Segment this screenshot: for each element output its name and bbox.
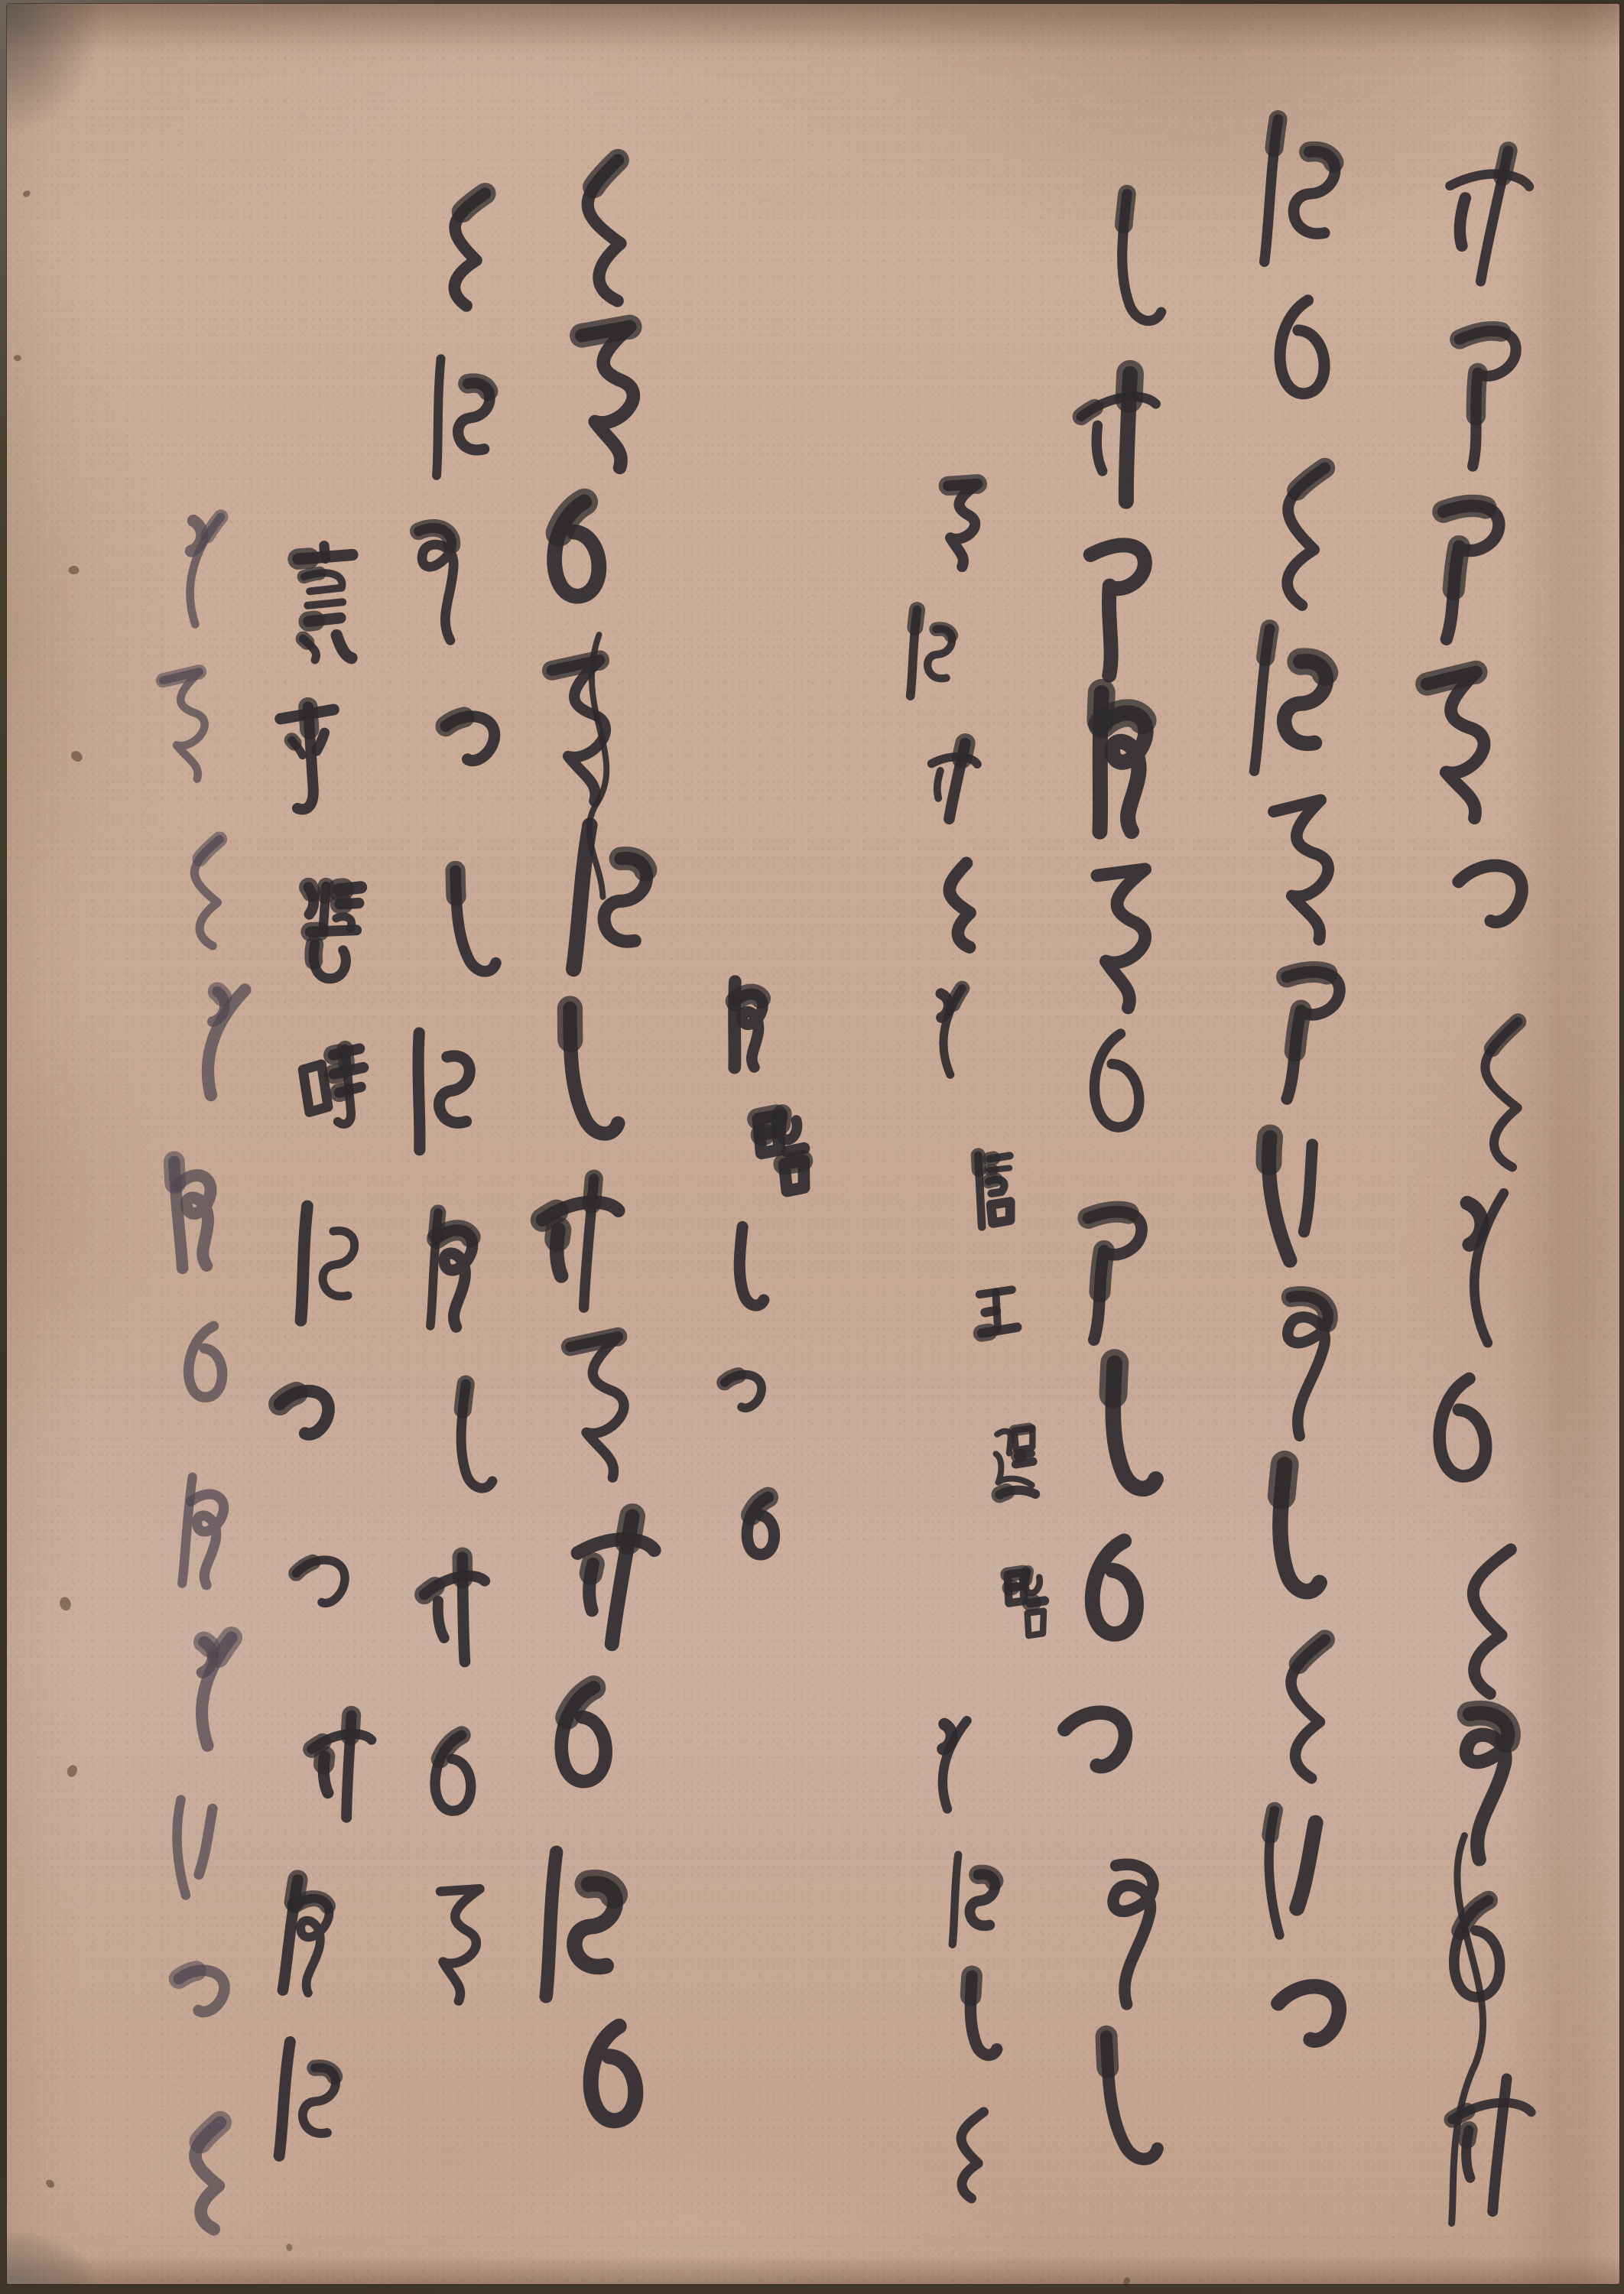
manuscript-photo: Page of cursive Japanese calligraphy — w…: [0, 0, 1624, 2294]
paper-sheet: [7, 4, 1619, 2284]
calligraphy-ink-layer: [7, 4, 1619, 2284]
